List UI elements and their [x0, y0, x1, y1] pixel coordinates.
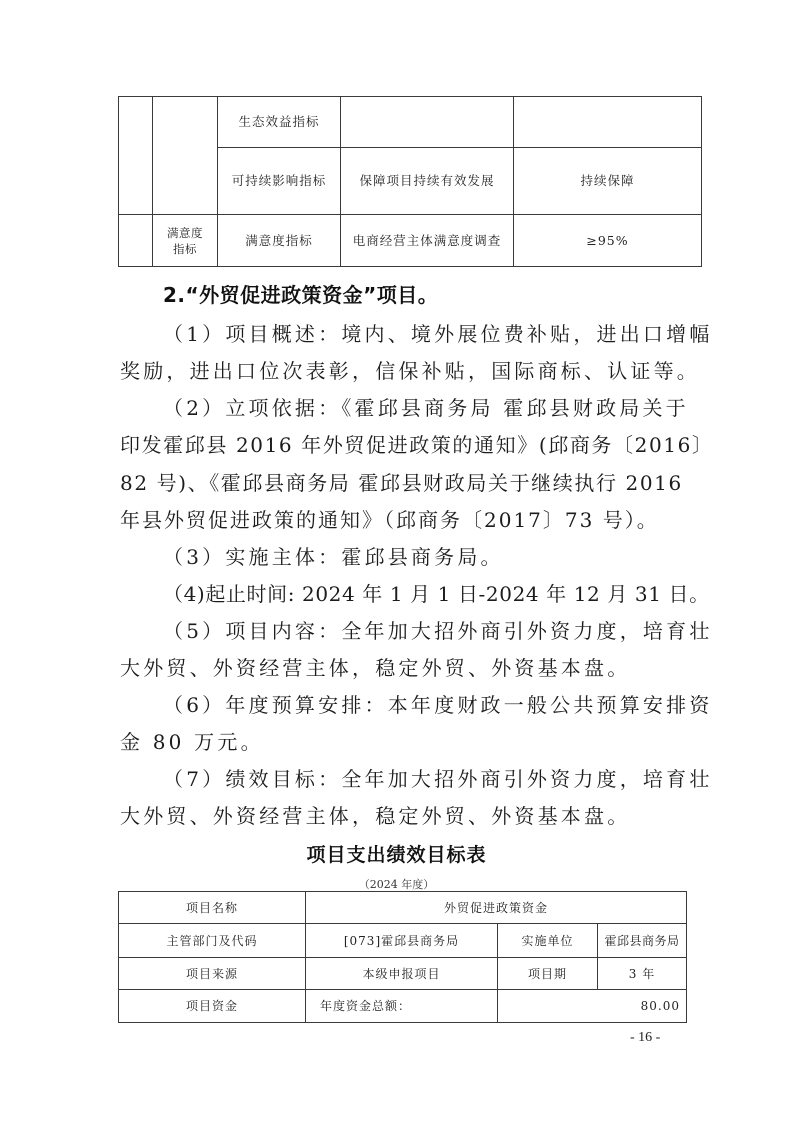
cell-text-line: 指标	[157, 241, 213, 257]
cell-text-line: 满意度	[157, 225, 213, 241]
table-cell: 保障项目持续有效发展	[341, 148, 514, 215]
table-row: 满意度 指标 满意度指标 电商经营主体满意度调查 ≥95%	[119, 215, 702, 267]
table-cell: 满意度 指标	[153, 215, 218, 267]
paragraph-line: 大外贸、外资经营主体，稳定外贸、外资基本盘。	[120, 656, 676, 680]
paragraph-line: （4)起止时间: 2024 年 1 月 1 日-2024 年 12 月 31 日…	[163, 582, 676, 606]
project-name-label: 项目名称	[119, 892, 306, 924]
period-value: 3 年	[598, 958, 687, 990]
paragraph-line: 奖励，进出口位次表彰，信保补贴，国际商标、认证等。	[120, 359, 676, 383]
project-performance-goal-table: 项目名称 外贸促进政策资金 主管部门及代码 [073]霍邱县商务局 实施单位 霍…	[118, 891, 687, 1023]
table-row: 生态效益指标	[119, 97, 702, 148]
paragraph-line: （6）年度预算安排：本年度财政一般公共预算安排资	[163, 693, 676, 717]
paragraph-line: （2）立项依据：《霍邱县商务局 霍邱县财政局关于	[163, 396, 676, 420]
table-cell: 满意度指标	[218, 215, 341, 267]
table-cell	[119, 215, 153, 267]
dept-label: 主管部门及代码	[119, 924, 306, 958]
annual-total-label: 年度资金总额：	[306, 990, 498, 1023]
table-cell	[514, 97, 702, 148]
table-year: （2024 年度）	[0, 876, 793, 892]
table-row: 主管部门及代码 [073]霍邱县商务局 实施单位 霍邱县商务局	[119, 924, 687, 958]
paragraph-line: （5）项目内容：全年加大招外商引外资力度，培育壮	[163, 619, 676, 643]
table-cell: ≥95%	[514, 215, 702, 267]
section-heading: 2.“外贸促进政策资金”项目。	[163, 282, 438, 308]
paragraph-line: 金 80 万元。	[120, 730, 676, 754]
table-cell: 生态效益指标	[218, 97, 341, 148]
source-label: 项目来源	[119, 958, 306, 990]
performance-indicator-table-continued: 生态效益指标 可持续影响指标 保障项目持续有效发展 持续保障 满意度 指标 满意…	[118, 96, 702, 267]
table-cell: 可持续影响指标	[218, 148, 341, 215]
paragraph-line: 大外贸、外资经营主体，稳定外贸、外资基本盘。	[120, 804, 676, 828]
project-name-value: 外贸促进政策资金	[306, 892, 687, 924]
table-row: 项目来源 本级申报项目 项目期 3 年	[119, 958, 687, 990]
source-value: 本级申报项目	[306, 958, 498, 990]
dept-value: [073]霍邱县商务局	[306, 924, 498, 958]
paragraph-line: （7）绩效目标：全年加大招外商引外资力度，培育壮	[163, 767, 676, 791]
table-cell	[153, 97, 218, 215]
paragraph-line: 印发霍邱县 2016 年外贸促进政策的通知》(邱商务〔2016〕	[120, 433, 676, 457]
paragraph-line: （3）实施主体：霍邱县商务局。	[163, 545, 676, 569]
page-number: - 16 -	[630, 1030, 660, 1046]
table-row: 项目资金 年度资金总额： 80.00	[119, 990, 687, 1023]
period-label: 项目期	[498, 958, 598, 990]
paragraph-line: 年县外贸促进政策的通知》（邱商务〔2017〕73 号）。	[120, 508, 676, 532]
paragraph-line: 82 号)、《霍邱县商务局 霍邱县财政局关于继续执行 2016	[120, 471, 676, 495]
table-cell: 持续保障	[514, 148, 702, 215]
table-title: 项目支出绩效目标表	[0, 840, 793, 867]
table-cell	[341, 97, 514, 148]
table-cell: 电商经营主体满意度调查	[341, 215, 514, 267]
impl-unit-label: 实施单位	[498, 924, 598, 958]
funds-label: 项目资金	[119, 990, 306, 1023]
impl-unit-value: 霍邱县商务局	[598, 924, 687, 958]
table-cell	[119, 97, 153, 215]
table-row: 项目名称 外贸促进政策资金	[119, 892, 687, 924]
paragraph-line: （1）项目概述：境内、境外展位费补贴，进出口增幅	[163, 322, 676, 346]
annual-total-value: 80.00	[498, 990, 687, 1023]
